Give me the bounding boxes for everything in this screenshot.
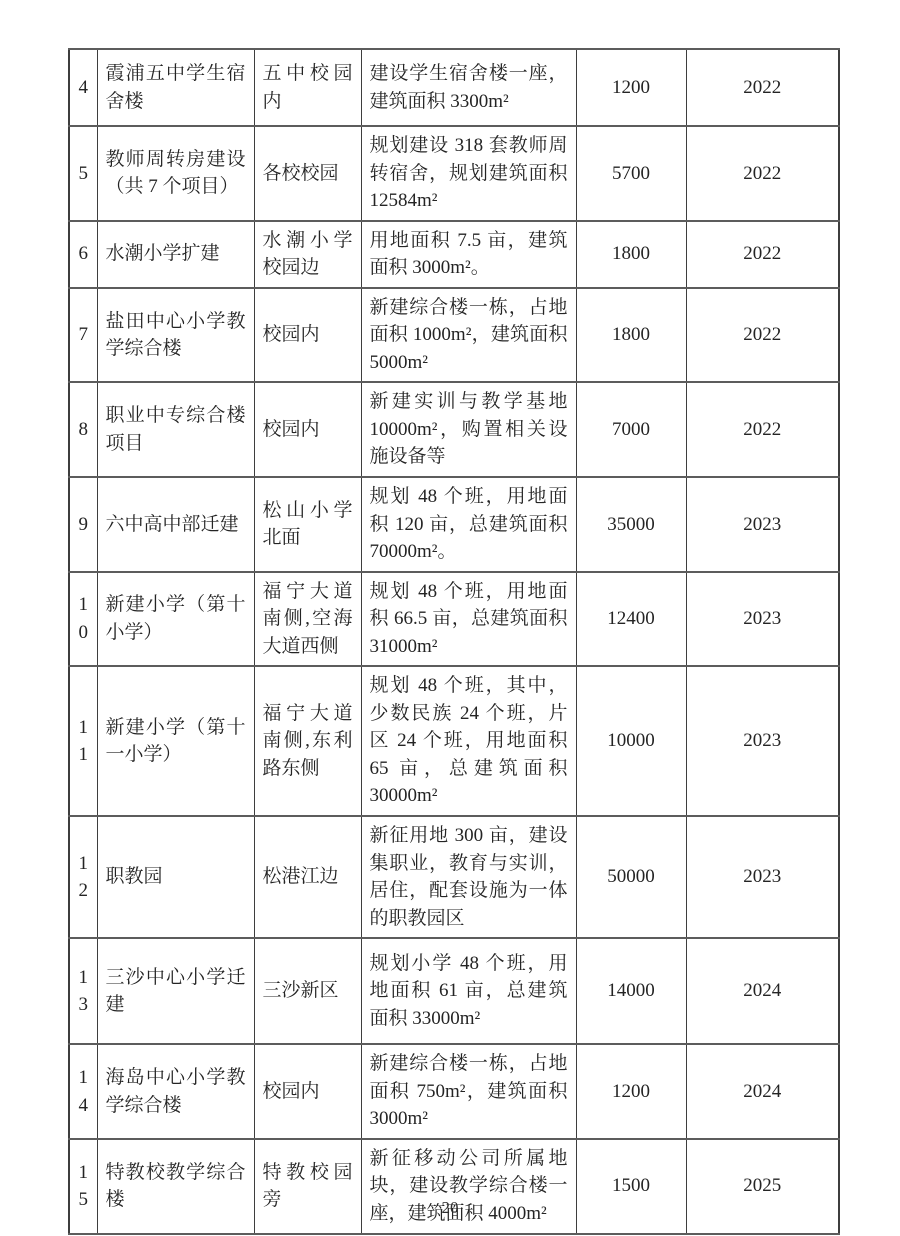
cell-description: 新建综合楼一栋，占地面积 1000m²，建筑面积 5000m² — [361, 288, 576, 383]
cell-year: 2023 — [686, 666, 839, 816]
cell-project-name: 霞浦五中学生宿舍楼 — [97, 49, 254, 126]
cell-location: 校园内 — [254, 1044, 361, 1139]
table-row: 14 海岛中心小学教学综合楼 校园内 新建综合楼一栋，占地面积 750m²，建筑… — [69, 1044, 839, 1139]
cell-project-name: 六中高中部迁建 — [97, 477, 254, 572]
cell-project-name: 新建小学（第十一小学） — [97, 666, 254, 816]
cell-project-name: 三沙中心小学迁建 — [97, 938, 254, 1044]
table-row: 12 职教园 松港江边 新征用地 300 亩，建设集职业，教育与实训，居住，配套… — [69, 816, 839, 938]
cell-location: 校园内 — [254, 382, 361, 477]
cell-investment: 14000 — [576, 938, 686, 1044]
cell-description: 规划 48 个班，用地面积 66.5 亩，总建筑面积 31000m² — [361, 572, 576, 667]
cell-investment: 1800 — [576, 288, 686, 383]
cell-row-number: 5 — [69, 126, 97, 221]
cell-investment: 1200 — [576, 49, 686, 126]
cell-row-number: 8 — [69, 382, 97, 477]
cell-description: 规划 48 个班，用地面积 120 亩，总建筑面积 70000m²。 — [361, 477, 576, 572]
table-row: 8 职业中专综合楼项目 校园内 新建实训与教学基地 10000m²，购置相关设施… — [69, 382, 839, 477]
cell-description: 建设学生宿舍楼一座，建筑面积 3300m² — [361, 49, 576, 126]
table-row: 15 特教校教学综合楼 特教校园旁 新征移动公司所属地块，建设教学综合楼一座，建… — [69, 1139, 839, 1234]
cell-year: 2022 — [686, 288, 839, 383]
cell-description: 规划小学 48 个班，用地面积 61 亩，总建筑面积 33000m² — [361, 938, 576, 1044]
cell-location: 各校校园 — [254, 126, 361, 221]
cell-row-number: 13 — [69, 938, 97, 1044]
cell-year: 2022 — [686, 126, 839, 221]
cell-description: 用地面积 7.5 亩，建筑面积 3000m²。 — [361, 221, 576, 288]
cell-project-name: 新建小学（第十小学） — [97, 572, 254, 667]
table-row: 5 教师周转房建设（共 7 个项目） 各校校园 规划建设 318 套教师周转宿舍… — [69, 126, 839, 221]
cell-year: 2022 — [686, 221, 839, 288]
cell-description: 新建实训与教学基地 10000m²，购置相关设施设备等 — [361, 382, 576, 477]
cell-location: 特教校园旁 — [254, 1139, 361, 1234]
cell-project-name: 职业中专综合楼项目 — [97, 382, 254, 477]
cell-year: 2024 — [686, 938, 839, 1044]
cell-investment: 1500 — [576, 1139, 686, 1234]
cell-description: 规划建设 318 套教师周转宿舍，规划建筑面积 12584m² — [361, 126, 576, 221]
cell-row-number: 10 — [69, 572, 97, 667]
table-row: 9 六中高中部迁建 松山小学北面 规划 48 个班，用地面积 120 亩，总建筑… — [69, 477, 839, 572]
cell-location: 福宁大道南侧,东利路东侧 — [254, 666, 361, 816]
cell-year: 2025 — [686, 1139, 839, 1234]
projects-table-body: 4 霞浦五中学生宿舍楼 五中校园内 建设学生宿舍楼一座，建筑面积 3300m² … — [69, 49, 839, 1234]
cell-row-number: 9 — [69, 477, 97, 572]
cell-description: 新征用地 300 亩，建设集职业，教育与实训，居住，配套设施为一体的职教园区 — [361, 816, 576, 938]
table-row: 4 霞浦五中学生宿舍楼 五中校园内 建设学生宿舍楼一座，建筑面积 3300m² … — [69, 49, 839, 126]
cell-year: 2023 — [686, 572, 839, 667]
cell-description: 新建综合楼一栋，占地面积 750m²，建筑面积 3000m² — [361, 1044, 576, 1139]
cell-year: 2023 — [686, 816, 839, 938]
cell-investment: 5700 — [576, 126, 686, 221]
document-page: { "page": { "number": "20" }, "table": {… — [0, 0, 900, 1236]
cell-row-number: 12 — [69, 816, 97, 938]
cell-location: 三沙新区 — [254, 938, 361, 1044]
cell-project-name: 教师周转房建设（共 7 个项目） — [97, 126, 254, 221]
cell-row-number: 4 — [69, 49, 97, 126]
cell-location: 水潮小学校园边 — [254, 221, 361, 288]
cell-project-name: 职教园 — [97, 816, 254, 938]
cell-year: 2024 — [686, 1044, 839, 1139]
table-row: 13 三沙中心小学迁建 三沙新区 规划小学 48 个班，用地面积 61 亩，总建… — [69, 938, 839, 1044]
cell-project-name: 海岛中心小学教学综合楼 — [97, 1044, 254, 1139]
cell-year: 2022 — [686, 49, 839, 126]
projects-table-container: 4 霞浦五中学生宿舍楼 五中校园内 建设学生宿舍楼一座，建筑面积 3300m² … — [68, 48, 840, 1235]
cell-investment: 1800 — [576, 221, 686, 288]
cell-project-name: 水潮小学扩建 — [97, 221, 254, 288]
cell-investment: 50000 — [576, 816, 686, 938]
cell-location: 五中校园内 — [254, 49, 361, 126]
cell-investment: 10000 — [576, 666, 686, 816]
cell-row-number: 15 — [69, 1139, 97, 1234]
cell-location: 松山小学北面 — [254, 477, 361, 572]
cell-year: 2022 — [686, 382, 839, 477]
cell-location: 福宁大道南侧,空海大道西侧 — [254, 572, 361, 667]
page-number: 20 — [0, 1198, 900, 1218]
cell-investment: 7000 — [576, 382, 686, 477]
cell-year: 2023 — [686, 477, 839, 572]
cell-row-number: 7 — [69, 288, 97, 383]
cell-investment: 12400 — [576, 572, 686, 667]
cell-investment: 35000 — [576, 477, 686, 572]
table-row: 10 新建小学（第十小学） 福宁大道南侧,空海大道西侧 规划 48 个班，用地面… — [69, 572, 839, 667]
cell-row-number: 11 — [69, 666, 97, 816]
table-row: 7 盐田中心小学教学综合楼 校园内 新建综合楼一栋，占地面积 1000m²，建筑… — [69, 288, 839, 383]
cell-description: 规划 48 个班，其中，少数民族 24 个班，片区 24 个班，用地面积 65 … — [361, 666, 576, 816]
cell-project-name: 特教校教学综合楼 — [97, 1139, 254, 1234]
cell-location: 校园内 — [254, 288, 361, 383]
cell-location: 松港江边 — [254, 816, 361, 938]
projects-table: 4 霞浦五中学生宿舍楼 五中校园内 建设学生宿舍楼一座，建筑面积 3300m² … — [68, 48, 840, 1235]
cell-investment: 1200 — [576, 1044, 686, 1139]
cell-row-number: 14 — [69, 1044, 97, 1139]
cell-description: 新征移动公司所属地块，建设教学综合楼一座，建筑面积 4000m² — [361, 1139, 576, 1234]
cell-project-name: 盐田中心小学教学综合楼 — [97, 288, 254, 383]
table-row: 11 新建小学（第十一小学） 福宁大道南侧,东利路东侧 规划 48 个班，其中，… — [69, 666, 839, 816]
table-row: 6 水潮小学扩建 水潮小学校园边 用地面积 7.5 亩，建筑面积 3000m²。… — [69, 221, 839, 288]
cell-row-number: 6 — [69, 221, 97, 288]
